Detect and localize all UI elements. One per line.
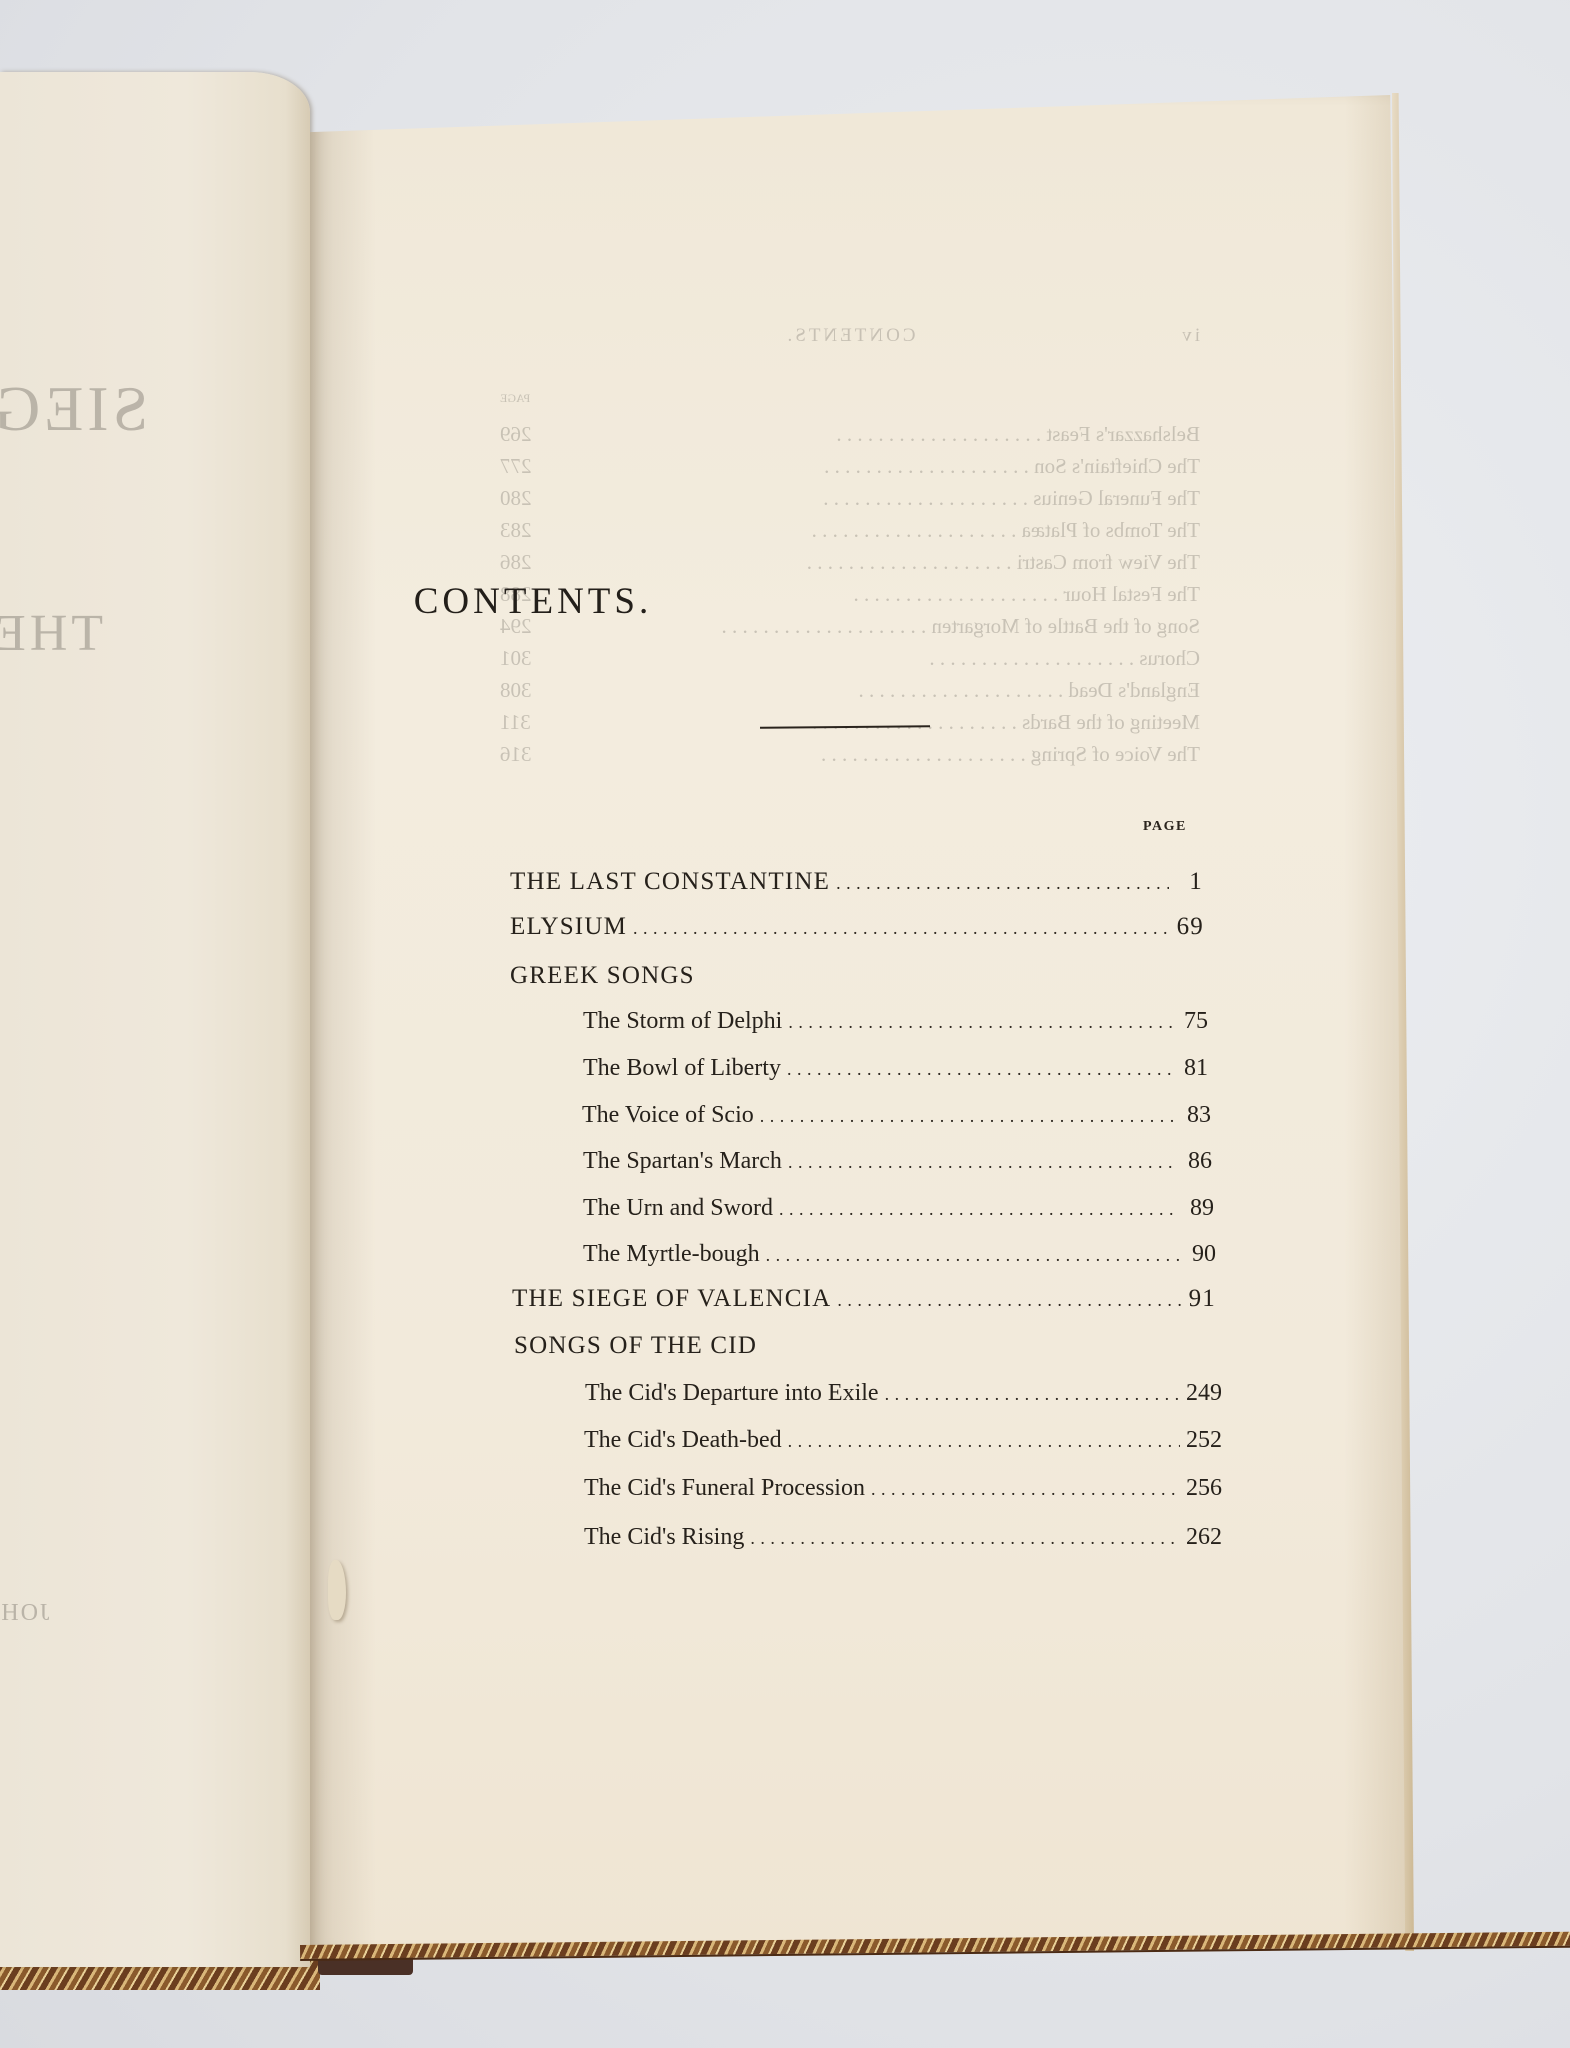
show-through-entry-title: Meeting of the Bards . . . . . . . . . .… [812,706,1200,738]
toc-entry: The Spartan's March86 [583,1148,1212,1175]
show-through-entry: The View from Castri . . . . . . . . . .… [500,546,1200,578]
show-through-page-label: PAGE [500,382,1200,414]
toc-entry-page: 75 [1180,1008,1208,1035]
toc-entry: THE LAST CONSTANTINE1 [510,868,1203,896]
show-through-page-number: iv [1179,320,1200,352]
toc-entry-title: The Myrtle-bough [583,1241,760,1268]
toc-entry-page: 83 [1183,1102,1211,1129]
toc-entry: The Urn and Sword89 [583,1195,1214,1222]
show-through-entry-title: The Tombs of Platæa . . . . . . . . . . … [812,514,1200,546]
dot-leader [766,1245,1182,1266]
toc-entry: The Voice of Scio83 [582,1102,1211,1129]
toc-entry-page: 90 [1188,1241,1216,1268]
toc-entry-title: The Cid's Funeral Procession [584,1475,865,1502]
dot-leader [871,1479,1180,1500]
dot-leader [788,1012,1174,1033]
toc-entry-title: The Voice of Scio [582,1102,754,1129]
toc-entry-page: 89 [1186,1195,1214,1222]
toc-section-heading: GREEK SONGS [510,962,1204,990]
show-through-entry: The Funeral Genius . . . . . . . . . . .… [500,482,1200,514]
show-through-entry-title: The Chieftain's Son . . . . . . . . . . … [824,450,1200,482]
ghost-text-john: JOHN [0,1600,49,1627]
toc-entry-page: 69 [1176,913,1204,941]
toc-entry-page: 91 [1188,1285,1216,1313]
show-through-entry: The Voice of Spring . . . . . . . . . . … [500,738,1200,770]
show-through-entry-page: 269 [500,418,532,450]
show-through-entry: England's Dead . . . . . . . . . . . . .… [500,674,1200,706]
toc-entry-page: 256 [1186,1475,1222,1502]
dot-leader [788,1431,1180,1452]
toc-entry-page: 86 [1184,1148,1212,1175]
toc-entry: The Cid's Death-bed252 [584,1427,1222,1454]
toc-entry-page: 249 [1186,1380,1222,1407]
toc-entry-title: THE LAST CONSTANTINE [510,868,830,896]
show-through-entry-title: Belshazzar's Feast . . . . . . . . . . .… [836,418,1200,450]
toc-entry: The Cid's Funeral Procession256 [584,1475,1222,1502]
dot-leader [633,918,1170,939]
show-through-entry-page: 286 [500,546,532,578]
show-through-entry-page: 277 [500,450,532,482]
toc-entry: The Cid's Departure into Exile249 [585,1380,1222,1407]
show-through-entry: Chorus . . . . . . . . . . . . . . . . .… [500,642,1200,674]
dot-leader [788,1152,1178,1173]
toc-entry: The Cid's Rising262 [584,1524,1222,1551]
toc-entry-title: GREEK SONGS [510,962,695,990]
toc-entry: The Myrtle-bough90 [583,1241,1216,1268]
toc-entry-title: The Bowl of Liberty [583,1055,781,1082]
show-through-entry-page: 308 [500,674,532,706]
toc-entry-page: 252 [1186,1427,1222,1454]
show-through-entry-title: The Funeral Genius . . . . . . . . . . .… [823,482,1200,514]
show-through-entry: Belshazzar's Feast . . . . . . . . . . .… [500,418,1200,450]
show-through-header: CONTENTS. [785,325,916,346]
show-through-entry-title: Chorus . . . . . . . . . . . . . . . . .… [929,642,1200,674]
dot-leader [787,1059,1174,1080]
show-through-entry: The Chieftain's Son . . . . . . . . . . … [500,450,1200,482]
show-through-entry-page: 283 [500,514,532,546]
dot-leader [750,1528,1180,1549]
toc-entry-title: SONGS OF THE CID [514,1332,757,1360]
show-through-entry: The Tombs of Platæa . . . . . . . . . . … [500,514,1200,546]
contents-heading: CONTENTS. [414,580,652,623]
show-through-text: iv CONTENTS. PAGE Belshazzar's Feast . .… [500,320,1200,770]
toc-entry-page: 81 [1180,1055,1208,1082]
toc-entry-page: 262 [1186,1524,1222,1551]
left-page: SIEG THE JOHN [0,72,310,1967]
page-column-label: PAGE [1143,819,1187,835]
show-through-entry-title: The Voice of Spring . . . . . . . . . . … [821,738,1200,770]
toc-entry-title: The Cid's Departure into Exile [585,1380,879,1407]
toc-entry: The Storm of Delphi75 [583,1008,1208,1035]
toc-entry-page: 1 [1175,868,1203,896]
toc-section-heading: SONGS OF THE CID [514,1332,1216,1360]
show-through-entry-page: 316 [500,738,532,770]
toc-entry-title: The Cid's Death-bed [584,1427,782,1454]
dot-leader [760,1106,1177,1127]
dot-leader [885,1384,1180,1405]
dot-leader [779,1199,1180,1220]
toc-entry-title: The Urn and Sword [583,1195,773,1222]
show-through-entry-page: 301 [500,642,532,674]
toc-entry: ELYSIUM69 [510,913,1204,941]
dot-leader [836,873,1169,894]
dot-leader [837,1290,1182,1311]
ghost-text-siege: SIEG [0,372,148,446]
toc-entry: The Bowl of Liberty81 [583,1055,1208,1082]
toc-entry: THE SIEGE OF VALENCIA91 [512,1285,1216,1313]
show-through-entry-page: 311 [500,706,531,738]
toc-entry-title: ELYSIUM [510,913,627,941]
show-through-entry-page: 280 [500,482,532,514]
toc-entry-title: The Cid's Rising [584,1524,744,1551]
page-title: CONTENTS. [0,580,1310,623]
toc-entry-title: The Storm of Delphi [583,1008,782,1035]
show-through-entry-title: England's Dead . . . . . . . . . . . . .… [859,674,1201,706]
show-through-entry: Meeting of the Bards . . . . . . . . . .… [500,706,1200,738]
toc-entry-title: The Spartan's March [583,1148,782,1175]
show-through-entry-title: The View from Castri . . . . . . . . . .… [807,546,1200,578]
toc-entry-title: THE SIEGE OF VALENCIA [512,1285,831,1313]
